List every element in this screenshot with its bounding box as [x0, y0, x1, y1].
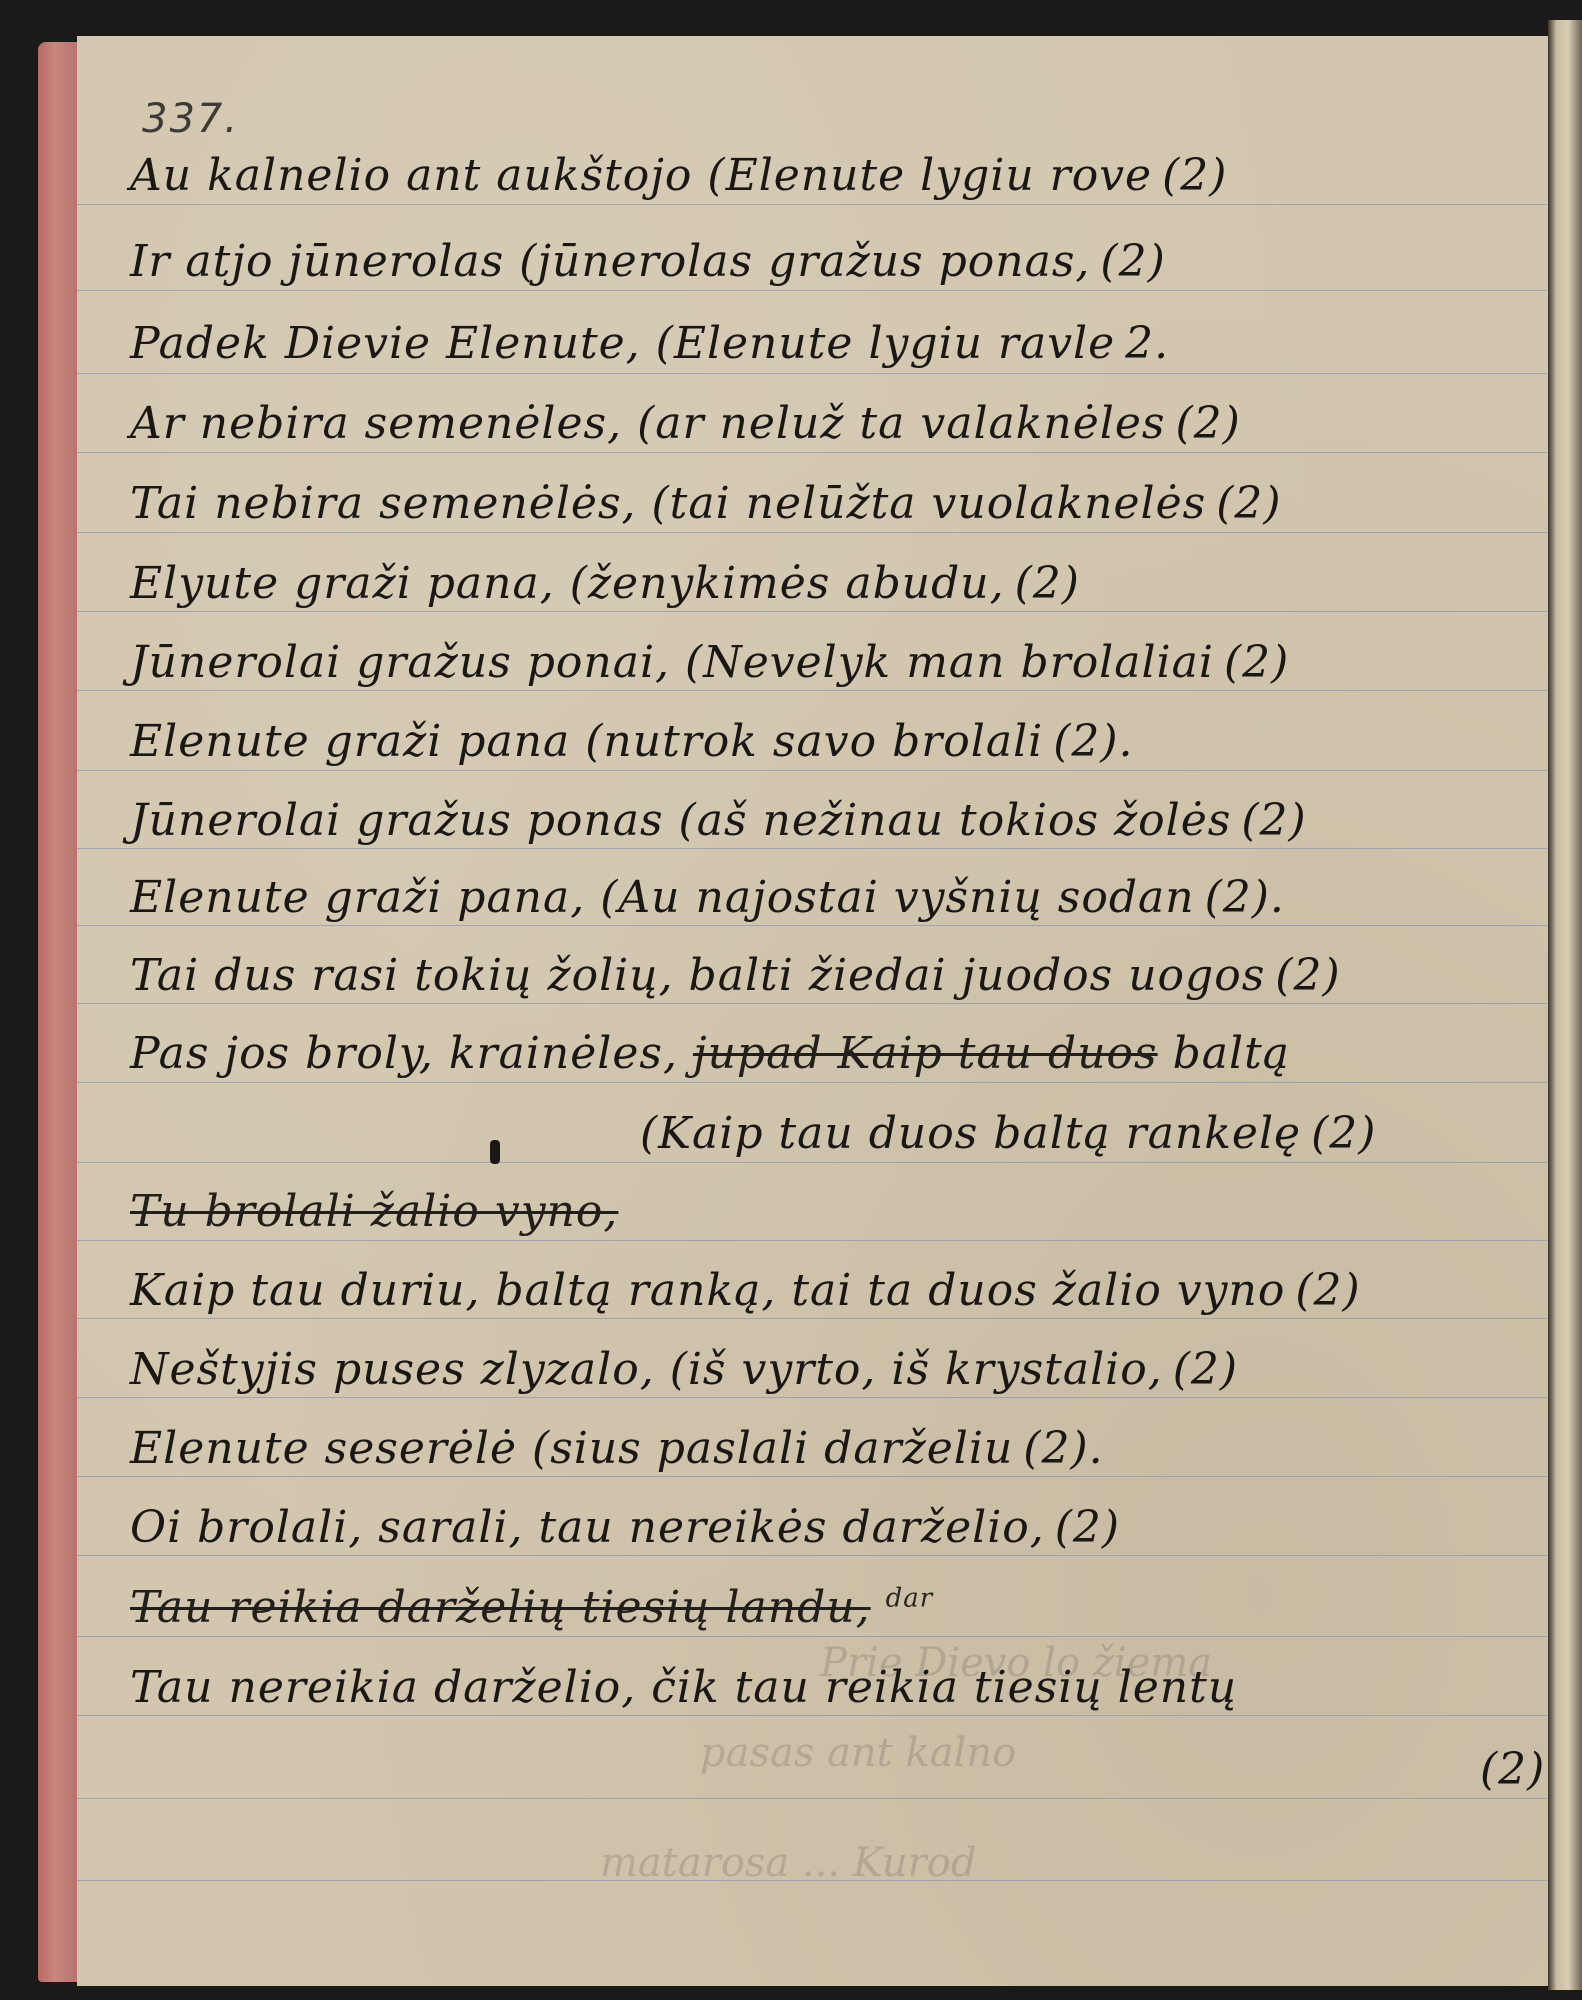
- rule-line: [77, 1397, 1547, 1398]
- rule-line: [77, 1082, 1547, 1083]
- line-text: Ar nebira semenėles, (ar neluž ta valakn…: [130, 398, 1165, 449]
- rule-line: [77, 452, 1547, 453]
- manuscript-line: Jūnerolai gražus ponas (aš nežinau tokio…: [130, 795, 1530, 846]
- line-text: Neštyjis puses zlyzalo, (iš vyrto, iš kr…: [130, 1344, 1163, 1395]
- manuscript-line: Neštyjis puses zlyzalo, (iš vyrto, iš kr…: [130, 1344, 1530, 1395]
- line-text: (Kaip tau duos baltą rankelę: [640, 1108, 1301, 1159]
- line-text: Elenute graži pana (nutrok savo brolali: [130, 716, 1043, 767]
- manuscript-line: Padek Dievie Elenute, (Elenute lygiu rav…: [130, 318, 1530, 369]
- bleed-through-text: matarosa ... Kurod: [600, 1840, 976, 1886]
- manuscript-line: Kaip tau duriu, baltą ranką, tai ta duos…: [130, 1265, 1530, 1316]
- manuscript-line-struck: Tau reikia darželių tiesių landu, dar: [130, 1582, 1530, 1633]
- line-text: Elenute graži pana, (Au najostai vyšnių …: [130, 872, 1195, 923]
- struck-text: Tu brolali žalio vyno,: [130, 1186, 618, 1237]
- repeat-mark: (2): [1275, 950, 1340, 1001]
- struck-text: jupad Kaip tau duos: [693, 1028, 1158, 1079]
- repeat-mark: (2).: [1053, 716, 1133, 767]
- manuscript-line-continuation: (2): [1480, 1744, 1540, 1795]
- manuscript-line: Au kalnelio ant aukštojo (Elenute lygiu …: [130, 150, 1530, 201]
- repeat-mark: (2): [1055, 1502, 1120, 1553]
- rule-line: [77, 290, 1547, 291]
- line-text: Pas jos broly, krainėles,: [130, 1028, 678, 1079]
- manuscript-line: Tai nebira semenėlės, (tai nelūžta vuola…: [130, 478, 1530, 529]
- manuscript-line-struck: Tu brolali žalio vyno,: [130, 1186, 1530, 1237]
- page-right-edge: [1548, 20, 1582, 1990]
- rule-line: [77, 1636, 1547, 1637]
- manuscript-line: Elenute graži pana (nutrok savo brolali(…: [130, 716, 1530, 767]
- repeat-mark: (2).: [1205, 872, 1285, 923]
- manuscript-line: Oi brolali, sarali, tau nereikės darželi…: [130, 1502, 1530, 1553]
- manuscript-line: Elyute graži pana, (ženykimės abudu,(2): [130, 558, 1530, 609]
- rule-line: [77, 1162, 1547, 1163]
- line-text: Jūnerolai gražus ponai, (Nevelyk man bro…: [130, 637, 1214, 688]
- line-text: Ir atjo jūnerolas (jūnerolas gražus pona…: [130, 236, 1090, 287]
- rule-line: [77, 1798, 1547, 1799]
- manuscript-line: Tai dus rasi tokių žolių, balti žiedai j…: [130, 950, 1530, 1001]
- rule-line: [77, 1476, 1547, 1477]
- rule-line: [77, 690, 1547, 691]
- repeat-mark: (2): [1295, 1265, 1360, 1316]
- line-text: Oi brolali, sarali, tau nereikės darželi…: [130, 1502, 1045, 1553]
- line-text: Tai nebira semenėlės, (tai nelūžta vuola…: [130, 478, 1206, 529]
- page-number: 337.: [142, 96, 239, 142]
- line-text: Au kalnelio ant aukštojo (Elenute lygiu …: [130, 150, 1152, 201]
- struck-text: Tau reikia darželių tiesių landu,: [130, 1582, 871, 1633]
- manuscript-line-indented: (Kaip tau duos baltą rankelę(2): [640, 1108, 1540, 1159]
- manuscript-line: Ar nebira semenėles, (ar neluž ta valakn…: [130, 398, 1530, 449]
- rule-line: [77, 204, 1547, 205]
- line-tail: baltą: [1173, 1028, 1290, 1079]
- manuscript-line: Elenute seserėlė (sius paslali darželiu(…: [130, 1423, 1530, 1474]
- rule-line: [77, 770, 1547, 771]
- rule-line: [77, 925, 1547, 926]
- manuscript-line: Tau nereikia darželio, čik tau reikia ti…: [130, 1662, 1530, 1713]
- notebook-spine: [38, 42, 80, 1982]
- line-text: Kaip tau duriu, baltą ranką, tai ta duos…: [130, 1265, 1285, 1316]
- repeat-mark: (2): [1311, 1108, 1376, 1159]
- rule-line: [77, 1240, 1547, 1241]
- manuscript-line: Elenute graži pana, (Au najostai vyšnių …: [130, 872, 1530, 923]
- rule-line: [77, 1555, 1547, 1556]
- repeat-mark: (2): [1241, 795, 1306, 846]
- repeat-mark: (2): [1173, 1344, 1238, 1395]
- manuscript-line: Pas jos broly, krainėles, jupad Kaip tau…: [130, 1028, 1530, 1079]
- repeat-mark: (2): [1480, 1744, 1545, 1795]
- inserted-word: dar: [886, 1583, 934, 1613]
- repeat-mark: (2).: [1023, 1423, 1103, 1474]
- ink-blot: [490, 1140, 500, 1164]
- line-text: Elyute graži pana, (ženykimės abudu,: [130, 558, 1005, 609]
- repeat-mark: (2): [1100, 236, 1165, 287]
- manuscript-line: Ir atjo jūnerolas (jūnerolas gražus pona…: [130, 236, 1530, 287]
- line-text: Elenute seserėlė (sius paslali darželiu: [130, 1423, 1013, 1474]
- line-text: Jūnerolai gražus ponas (aš nežinau tokio…: [130, 795, 1231, 846]
- line-text: Padek Dievie Elenute, (Elenute lygiu rav…: [130, 318, 1115, 369]
- rule-line: [77, 1003, 1547, 1004]
- rule-line: [77, 1318, 1547, 1319]
- rule-line: [77, 532, 1547, 533]
- rule-line: [77, 611, 1547, 612]
- manuscript-line: Jūnerolai gražus ponai, (Nevelyk man bro…: [130, 637, 1530, 688]
- repeat-mark: (2): [1224, 637, 1289, 688]
- repeat-mark: (2): [1162, 150, 1227, 201]
- line-text: Tau nereikia darželio, čik tau reikia ti…: [130, 1662, 1237, 1713]
- bleed-through-text: pasas ant kalno: [700, 1730, 1016, 1776]
- repeat-mark: (2): [1216, 478, 1281, 529]
- rule-line: [77, 848, 1547, 849]
- rule-line: [77, 373, 1547, 374]
- repeat-mark: (2): [1015, 558, 1080, 609]
- repeat-mark: 2.: [1125, 318, 1169, 369]
- rule-line: [77, 1715, 1547, 1716]
- repeat-mark: (2): [1175, 398, 1240, 449]
- line-text: Tai dus rasi tokių žolių, balti žiedai j…: [130, 950, 1265, 1001]
